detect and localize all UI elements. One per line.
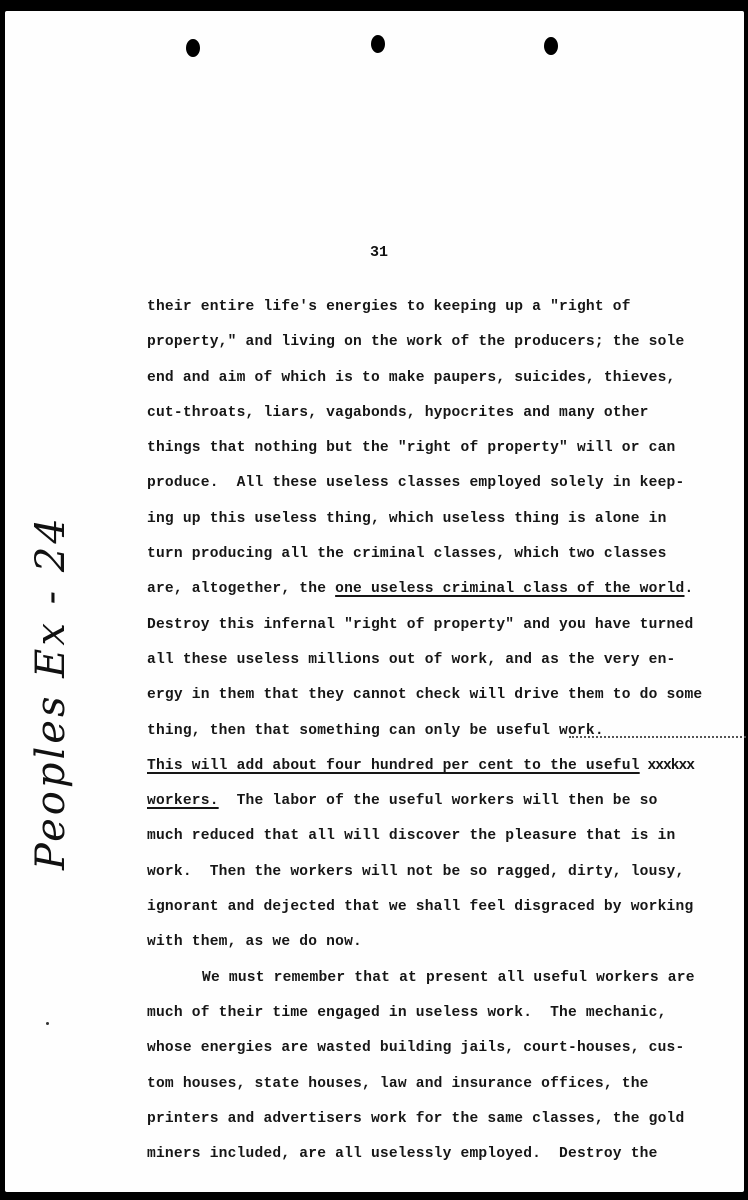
text-line: Destroy this infernal "right of property… bbox=[147, 614, 747, 649]
text-line: This will add about four hundred per cen… bbox=[147, 755, 747, 790]
text-line-paragraph-start: We must remember that at present all use… bbox=[147, 967, 747, 1002]
text-segment: are, altogether, the bbox=[147, 581, 335, 597]
text-line: turn producing all the criminal classes,… bbox=[147, 543, 747, 578]
punch-hole-left bbox=[186, 39, 200, 57]
struck-out-text: xxxkxx bbox=[640, 758, 694, 774]
text-line: tom houses, state houses, law and insura… bbox=[147, 1073, 747, 1108]
punch-hole-right bbox=[544, 37, 558, 55]
wavy-correction-mark bbox=[569, 736, 748, 742]
text-line: ergy in them that they cannot check will… bbox=[147, 684, 747, 719]
underlined-phrase: workers. bbox=[147, 793, 219, 809]
text-line: things that nothing but the "right of pr… bbox=[147, 437, 747, 472]
text-line: end and aim of which is to make paupers,… bbox=[147, 367, 747, 402]
text-segment: . bbox=[684, 581, 693, 597]
punch-hole-center bbox=[371, 35, 385, 53]
text-line: with them, as we do now. bbox=[147, 931, 747, 966]
typed-body-text: their entire life's energies to keeping … bbox=[147, 296, 747, 1178]
text-line: miners included, are all uselessly emplo… bbox=[147, 1143, 747, 1178]
underlined-phrase: one useless criminal class of the world bbox=[335, 581, 684, 597]
text-line: ing up this useless thing, which useless… bbox=[147, 508, 747, 543]
text-line: workers. The labor of the useful workers… bbox=[147, 790, 747, 825]
handwritten-exhibit-label: Peoples Ex - 24 bbox=[28, 515, 74, 870]
text-line: whose energies are wasted building jails… bbox=[147, 1037, 747, 1072]
text-line: their entire life's energies to keeping … bbox=[147, 296, 747, 331]
text-segment: The labor of the useful workers will the… bbox=[219, 793, 658, 809]
text-line: property," and living on the work of the… bbox=[147, 331, 747, 366]
text-line: all these useless millions out of work, … bbox=[147, 649, 747, 684]
text-line: produce. All these useless classes emplo… bbox=[147, 472, 747, 507]
page-number: 31 bbox=[370, 244, 388, 261]
margin-speck bbox=[46, 1022, 49, 1025]
text-line: printers and advertisers work for the sa… bbox=[147, 1108, 747, 1143]
underlined-phrase: This will add about four hundred per cen… bbox=[147, 758, 640, 774]
text-line: are, altogether, the one useless crimina… bbox=[147, 578, 747, 613]
text-line: ignorant and dejected that we shall feel… bbox=[147, 896, 747, 931]
text-line: work. Then the workers will not be so ra… bbox=[147, 861, 747, 896]
text-line: much reduced that all will discover the … bbox=[147, 825, 747, 860]
text-line: much of their time engaged in useless wo… bbox=[147, 1002, 747, 1037]
text-line: cut-throats, liars, vagabonds, hypocrite… bbox=[147, 402, 747, 437]
